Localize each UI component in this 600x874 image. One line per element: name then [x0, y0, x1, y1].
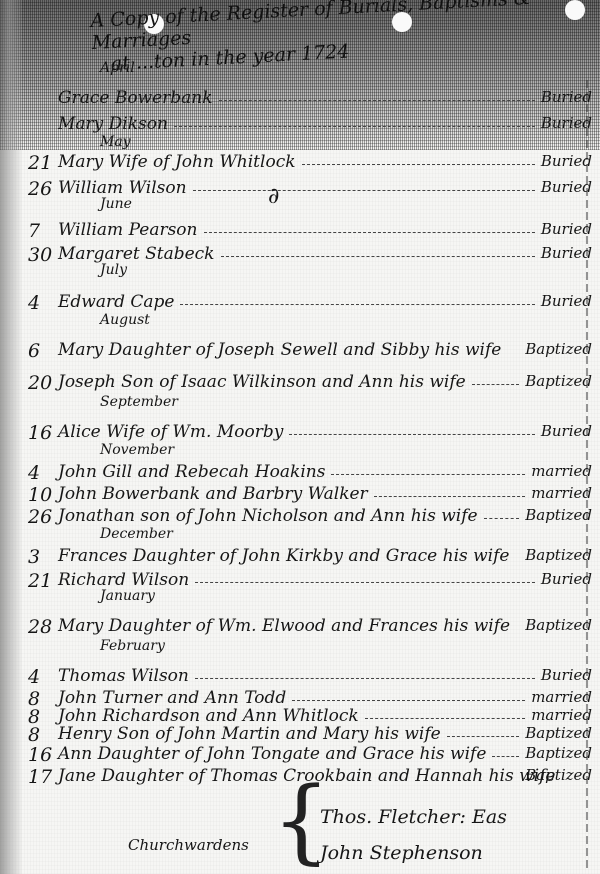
entry-status: Buried: [541, 422, 592, 440]
entry-text: Alice Wife of Wm. Moorby: [58, 422, 283, 442]
entry-status: married: [531, 688, 592, 706]
month-label: February: [100, 638, 165, 654]
entry-text: John Gill and Rebecah Hoakins: [58, 462, 325, 482]
churchwardens-label: Churchwardens: [128, 836, 249, 854]
entry-status: Buried: [541, 666, 592, 684]
dashed-leader: [331, 474, 525, 476]
dashed-leader: [292, 700, 525, 702]
dashed-leader: [195, 582, 535, 584]
entry-day: 16: [28, 422, 58, 444]
register-page: A Copy of the Register of Burials, Bapti…: [0, 0, 600, 874]
entry-status: Buried: [541, 570, 592, 588]
entry-text: Jonathan son of John Nicholson and Ann h…: [58, 506, 478, 526]
entry-status: Buried: [541, 220, 592, 238]
entry-status: Buried: [541, 88, 592, 106]
entry-status: Baptized: [525, 506, 592, 524]
entry-status: Baptized: [525, 372, 592, 390]
month-label: December: [100, 526, 173, 542]
entry-day: 3: [28, 546, 58, 568]
month-label: April: [100, 60, 135, 76]
month-heading: January: [0, 588, 600, 614]
dashed-leader: [374, 496, 525, 498]
entry-day: 10: [28, 484, 58, 506]
entry-text: Mary Dikson: [58, 114, 168, 134]
register-entry: 6BaptizedMary Daughter of Joseph Sewell …: [0, 340, 600, 366]
entry-text: Frances Daughter of John Kirkby and Grac…: [58, 546, 509, 566]
entry-text: Mary Daughter of Wm. Elwood and Frances …: [58, 616, 510, 636]
entry-text: John Richardson and Ann Whitlock: [58, 706, 359, 726]
month-label: July: [100, 262, 127, 278]
dashed-leader: [174, 126, 535, 128]
dashed-leader: [204, 232, 535, 234]
entry-day: 4: [28, 666, 58, 688]
dashed-leader: [219, 100, 535, 102]
dashed-leader: [289, 434, 535, 436]
entry-day: 20: [28, 372, 58, 394]
signature-1: Thos. Fletcher: Eas: [320, 806, 507, 828]
entry-text: Grace Bowerbank: [58, 88, 213, 108]
month-label: August: [100, 312, 150, 328]
entry-day: 4: [28, 462, 58, 484]
entry-status: Baptized: [525, 744, 592, 762]
entry-text: Edward Cape: [58, 292, 174, 312]
dashed-leader: [447, 736, 519, 738]
entry-status: Buried: [541, 178, 592, 196]
month-heading: June: [0, 196, 600, 222]
entry-status: Buried: [541, 292, 592, 310]
entry-status: married: [531, 484, 592, 502]
dashed-leader: [195, 678, 535, 680]
month-heading: July: [0, 262, 600, 288]
month-label: January: [100, 588, 155, 604]
month-label: May: [100, 134, 131, 150]
register-entry: 21BuriedMary Wife of John Whitlock: [0, 152, 600, 178]
entry-day: 21: [28, 152, 58, 174]
month-heading: September: [0, 394, 600, 420]
dashed-leader: [492, 756, 519, 758]
entry-text: John Bowerbank and Barbry Walker: [58, 484, 368, 504]
ink-flourish-mark: ∂: [268, 184, 279, 209]
entry-status: Buried: [541, 114, 592, 132]
entry-status: Baptized: [525, 616, 592, 634]
register-entry: BuriedGrace Bowerbank: [0, 88, 600, 114]
entry-text: Joseph Son of Isaac Wilkinson and Ann hi…: [58, 372, 466, 392]
register-entry: 3BaptizedFrances Daughter of John Kirkby…: [0, 546, 600, 572]
dashed-leader: [193, 190, 535, 192]
entry-day: 4: [28, 292, 58, 314]
entry-text: William Pearson: [58, 220, 198, 240]
dashed-leader: [365, 718, 525, 720]
month-heading: February: [0, 638, 600, 664]
entry-status: married: [531, 706, 592, 724]
entry-status: Buried: [541, 152, 592, 170]
month-label: November: [100, 442, 174, 458]
entry-day: 17: [28, 766, 58, 788]
entry-text: Henry Son of John Martin and Mary his wi…: [58, 724, 441, 744]
dashed-leader: [302, 164, 535, 166]
entry-text: William Wilson: [58, 178, 187, 198]
dashed-leader: [221, 256, 535, 258]
entry-day: 28: [28, 616, 58, 638]
entry-day: 8: [28, 724, 58, 746]
entry-text: John Turner and Ann Todd: [58, 688, 286, 708]
entry-text: Mary Wife of John Whitlock: [58, 152, 296, 172]
entry-status: Baptized: [525, 340, 592, 358]
entry-text: Mary Daughter of Joseph Sewell and Sibby…: [58, 340, 501, 360]
entry-text: Margaret Stabeck: [58, 244, 215, 264]
dashed-leader: [484, 518, 519, 520]
dashed-leader: [180, 304, 535, 306]
register-entry: 7BuriedWilliam Pearson: [0, 220, 600, 246]
entry-day: 7: [28, 220, 58, 242]
entry-day: 26: [28, 506, 58, 528]
entry-status: Baptized: [525, 546, 592, 564]
month-heading: April: [0, 60, 600, 86]
entry-status: Baptized: [525, 724, 592, 742]
entry-day: 16: [28, 744, 58, 766]
entry-text: Thomas Wilson: [58, 666, 189, 686]
entry-day: 6: [28, 340, 58, 362]
dashed-leader: [472, 384, 519, 386]
entry-status: married: [531, 462, 592, 480]
entry-text: Ann Daughter of John Tongate and Grace h…: [58, 744, 486, 764]
month-label: June: [100, 196, 132, 212]
month-heading: August: [0, 312, 600, 338]
signature-2: John Stephenson: [320, 842, 483, 864]
entry-status: Buried: [541, 244, 592, 262]
entry-text: Richard Wilson: [58, 570, 189, 590]
month-label: September: [100, 394, 178, 410]
